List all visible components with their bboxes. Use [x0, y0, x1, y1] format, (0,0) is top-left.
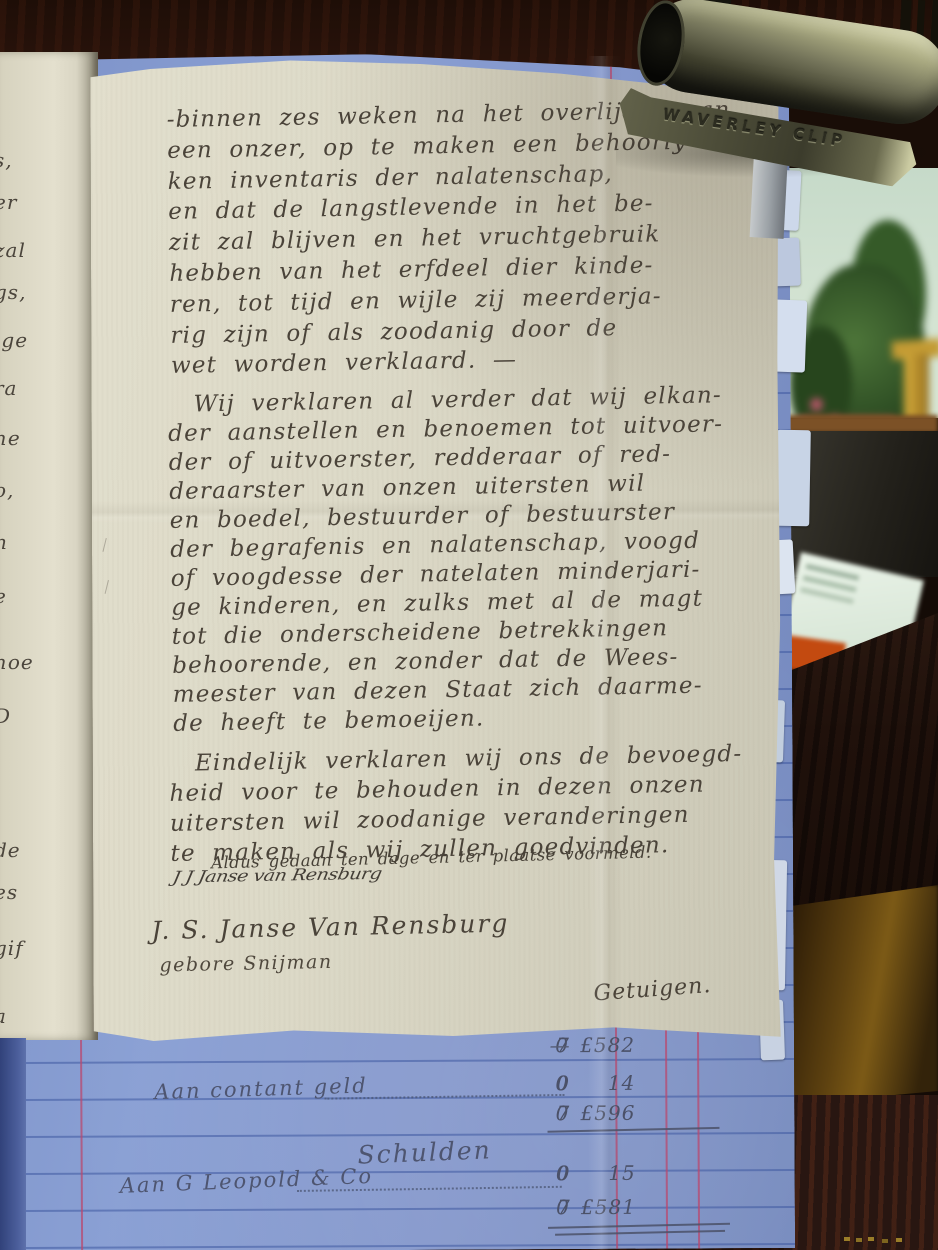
background-room — [784, 95, 938, 1250]
signature-maiden-name: gebore Snijman — [159, 951, 333, 977]
pencil-mark — [105, 580, 119, 596]
handwriting-fragment: o, — [0, 478, 14, 502]
gold-lettering-specks — [844, 1237, 850, 1241]
left-page-ledger-fold — [0, 1038, 26, 1250]
pence-value: 0 — [548, 1161, 578, 1185]
handwriting-fragment: de — [0, 838, 21, 862]
handwriting-fragment: es — [0, 880, 18, 904]
blurred-wall-objects — [784, 168, 938, 418]
pencil-mark — [102, 538, 116, 554]
amber-wood-glow — [784, 885, 938, 1110]
manuscript-page: -binnen zes weken na het overlijden van … — [90, 59, 781, 1043]
signature-scrawl: J J Janse van Rensburg — [171, 864, 383, 887]
trailing-dash: — — [547, 1033, 573, 1057]
handwriting-fragment: gif — [0, 936, 24, 960]
handwriting-fragment: a — [0, 1004, 7, 1028]
handwriting-fragment: ra — [0, 376, 17, 400]
handwriting-fragment: s, — [0, 148, 13, 172]
pence-value: 0 — [548, 1195, 578, 1219]
pence-value: 0 — [547, 1071, 577, 1095]
dark-wood-plank — [784, 1095, 938, 1250]
handwriting-fragment: gs, — [0, 280, 26, 304]
handwriting-fragment: n — [0, 530, 8, 554]
witnesses-label: Getuigen. — [593, 973, 712, 1007]
page-tab — [775, 430, 811, 527]
box-label-lines — [806, 564, 860, 581]
handwriting-fragment: er — [0, 190, 17, 214]
signature-name: J. S. Janse Van Rensburg — [151, 909, 510, 945]
stool-leg — [904, 354, 929, 418]
mint-wall — [784, 168, 938, 418]
pence-value: 0 — [547, 1101, 577, 1125]
handwriting-fragment: e — [0, 584, 7, 608]
paragraph-executor-clause: Wij verklaren al verder dat wij elkan- d… — [167, 381, 728, 739]
handwriting-fragment: zal — [0, 238, 26, 262]
handwriting-fragment: hoe — [0, 650, 34, 674]
handwriting-fragment: ige — [0, 328, 28, 352]
handwriting-fragment: he — [0, 426, 21, 450]
pink-flower — [810, 398, 823, 411]
photo-of-manuscript: s, er zal gs, ige ra he o, n e hoe D de … — [0, 0, 938, 1250]
handwriting-fragment: D — [0, 704, 11, 728]
left-page-edge: s, er zal gs, ige ra he o, n e hoe D de … — [0, 52, 98, 1040]
